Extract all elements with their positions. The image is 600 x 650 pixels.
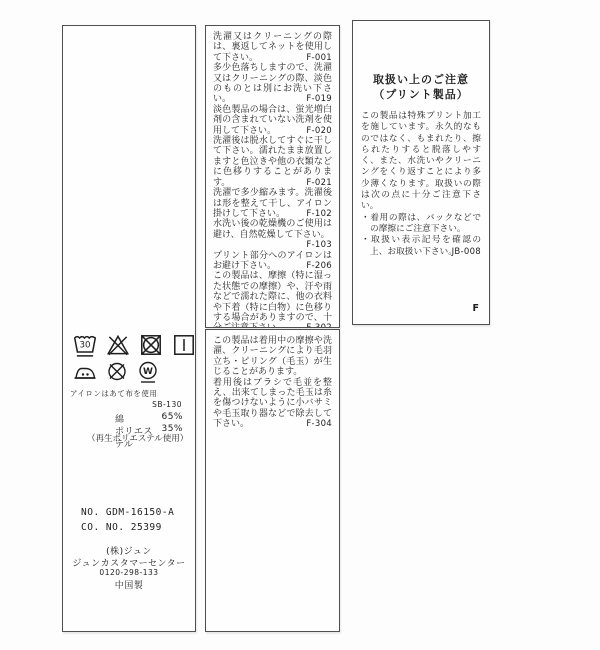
- instruction-paragraph: 多少色落ちしますので、洗濯又はクリーニングの際、淡色のものとは別にお洗い下さい。…: [213, 63, 332, 105]
- instruction-code: F-001: [306, 53, 332, 63]
- instruction-code: F-206: [306, 261, 332, 271]
- svg-text:30: 30: [79, 341, 90, 351]
- notice-title-line1: 取扱い上のご注意: [361, 73, 481, 88]
- instruction-paragraph: 洗濯又はクリーニングの際は、裏返してネットを使用して下さい。F-001: [213, 32, 332, 63]
- instruction-paragraph: プリント部分へのアイロンはお避け下さい。F-206: [213, 251, 332, 272]
- no-bleach-icon: [104, 332, 132, 358]
- instruction-text: この製品は着用中の摩擦や洗濯、クリーニングにより毛羽立ち・ピリング（毛玉）が生じ…: [213, 336, 332, 377]
- instruction-code: F-102: [306, 209, 332, 219]
- print-product-notice-panel: 取扱い上のご注意 （プリント製品） この製品は特殊プリント加工を施しています。永…: [352, 20, 490, 325]
- instruction-paragraph: 水洗い後の乾燥機のご使用は避け、自然乾燥して下さい。F-103: [213, 219, 332, 250]
- wash-30-gentle-icon: 30: [71, 332, 99, 358]
- instruction-text: 水洗い後の乾燥機のご使用は避け、自然乾燥して下さい。: [213, 219, 332, 239]
- no-dry-clean-icon: [104, 360, 130, 384]
- notice-bullet: ・着用の際は、バックなどでの摩擦にご注意下さい。: [361, 213, 481, 236]
- bullet-code: JB-008: [461, 247, 481, 258]
- lot-code: SB-130: [152, 400, 182, 409]
- instruction-paragraph: 着用後はブラシで毛並を整え、出来てしまった毛玉は糸を傷つけないように小バサミや毛…: [213, 378, 332, 430]
- item-number: NO. GDM-16150-A: [81, 507, 174, 518]
- instruction-paragraph: この製品は着用中の摩擦や洗濯、クリーニングにより毛羽立ち・ピリング（毛玉）が生じ…: [213, 336, 332, 378]
- care-symbols-row-1: 30: [71, 332, 198, 358]
- hang-dry-icon: [170, 332, 198, 358]
- notice-body: この製品は特殊プリント加工を施しています。永久的なものではなく、もまれたり、擦ら…: [361, 111, 481, 213]
- care-symbols-row-2: W: [71, 360, 161, 384]
- instruction-code: F-020: [306, 126, 332, 136]
- care-instructions-bottom-panel: この製品は着用中の摩擦や洗濯、クリーニングにより毛羽立ち・ピリング（毛玉）が生じ…: [205, 329, 340, 632]
- no-tumble-dry-icon: [137, 332, 165, 358]
- instruction-paragraph: 洗濯後は脱水してすぐに干して下さい。濡れたまま放置しますと色泣きや他の衣類などに…: [213, 136, 332, 188]
- notice-title-line2: （プリント製品）: [361, 88, 481, 103]
- instruction-code: F-302: [306, 323, 332, 328]
- phone-number: 0120-298-133: [63, 568, 195, 577]
- iron-cloth-note: アイロンはあて布を使用: [70, 388, 157, 399]
- professional-wet-clean-gentle-icon: W: [135, 360, 161, 384]
- footer-mark: F: [473, 303, 480, 314]
- notice-title: 取扱い上のご注意 （プリント製品）: [361, 73, 481, 102]
- iron-medium-two-dots-icon: [71, 360, 99, 384]
- country-of-origin: 中国製: [63, 578, 195, 591]
- instruction-paragraph: この製品は、摩擦（特に湿った状態での摩擦）や、汗や雨などで濡れた際に、他の衣料や…: [213, 271, 332, 328]
- instruction-code: F-304: [306, 419, 332, 429]
- co-number: CO. NO. 25399: [81, 522, 162, 533]
- care-instructions-top-panel: 洗濯又はクリーニングの際は、裏返してネットを使用して下さい。F-001 多少色落…: [205, 25, 340, 328]
- instruction-text: この製品は、摩擦（特に湿った状態での摩擦）や、汗や雨などで濡れた際に、他の衣料や…: [213, 271, 332, 328]
- instruction-code: F-019: [306, 94, 332, 104]
- bullet-text: ・着用の際は、バックなどでの摩擦にご注意下さい。: [361, 213, 481, 234]
- instruction-code: F-103: [306, 240, 332, 250]
- svg-text:W: W: [143, 367, 153, 377]
- instruction-paragraph: 淡色製品の場合は、蛍光増白剤の含まれていない洗剤を使用して下さい。F-020: [213, 105, 332, 136]
- notice-bullet: ・取扱い表示記号を確認の上、お取扱い下さい。JB-008: [361, 235, 481, 258]
- recycled-polyester-note: （再生ポリエステル使用）: [87, 432, 188, 444]
- instruction-code: F-021: [306, 178, 332, 188]
- instruction-paragraph: 洗濯で多少縮みます。洗濯後は形を整えて干し、アイロン掛けして下さい。F-102: [213, 188, 332, 219]
- care-label-left-panel: 30: [62, 25, 196, 632]
